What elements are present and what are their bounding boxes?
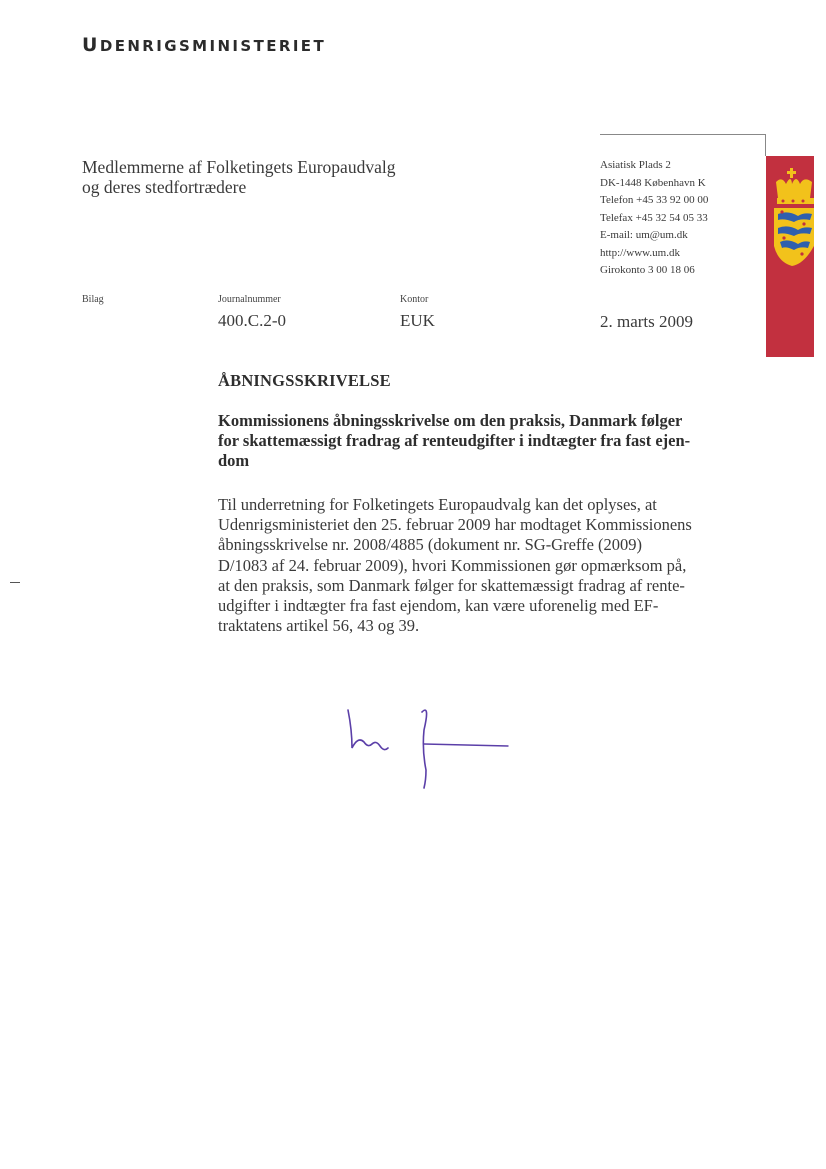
fax-line: Telefax +45 32 54 05 33	[600, 210, 708, 228]
subject-line: dom	[218, 451, 758, 471]
letterhead-initial: U	[82, 34, 100, 56]
ministry-letterhead: UDENRIGSMINISTERIET	[82, 34, 326, 56]
sender-address: Asiatisk Plads 2 DK-1448 København K Tel…	[600, 157, 708, 280]
recipient-line: Medlemmerne af Folketingets Europaudvalg	[82, 157, 395, 177]
office-value: EUK	[400, 311, 435, 331]
letter-heading: ÅBNINGSSKRIVELSE	[218, 371, 391, 391]
journal-number: 400.C.2-0	[218, 311, 286, 331]
body-line: Udenrigsministeriet den 25. februar 2009…	[218, 515, 758, 535]
scan-dot	[20, 155, 22, 157]
recipient-line: og deres stedfortrædere	[82, 177, 395, 197]
danish-coat-of-arms-icon	[774, 168, 814, 268]
journal-label: Journalnummer	[218, 294, 281, 305]
letter-subject: Kommissionens åbningsskrivelse om den pr…	[218, 411, 758, 471]
office-label: Kontor	[400, 294, 428, 305]
bilag-label: Bilag	[82, 294, 104, 305]
giro-line: Girokonto 3 00 18 06	[600, 262, 708, 280]
letter-date: 2. marts 2009	[600, 312, 693, 332]
body-line: at den praksis, som Danmark følger for s…	[218, 576, 758, 596]
website-line: http://www.um.dk	[600, 245, 708, 263]
subject-line: for skattemæssigt fradrag af renteudgift…	[218, 431, 758, 451]
handwritten-signature-icon	[340, 700, 520, 790]
address-divider	[600, 134, 765, 135]
subject-line: Kommissionens åbningsskrivelse om den pr…	[218, 411, 758, 431]
body-line: traktatens artikel 56, 43 og 39.	[218, 616, 758, 636]
address-divider-vertical	[765, 134, 766, 156]
email-line: E-mail: um@um.dk	[600, 227, 708, 245]
phone-line: Telefon +45 33 92 00 00	[600, 192, 708, 210]
body-line: åbningsskrivelse nr. 2008/4885 (dokument…	[218, 535, 758, 555]
letter-body: Til underretning for Folketingets Europa…	[218, 495, 758, 636]
body-line: Til underretning for Folketingets Europa…	[218, 495, 758, 515]
recipient-block: Medlemmerne af Folketingets Europaudvalg…	[82, 157, 395, 197]
fold-mark	[10, 582, 20, 583]
address-line: DK-1448 København K	[600, 175, 708, 193]
address-line: Asiatisk Plads 2	[600, 157, 708, 175]
body-line: udgifter i indtægter fra fast ejendom, k…	[218, 596, 758, 616]
body-line: D/1083 af 24. februar 2009), hvori Kommi…	[218, 556, 758, 576]
letterhead-rest: DENRIGSMINISTERIET	[100, 37, 326, 55]
